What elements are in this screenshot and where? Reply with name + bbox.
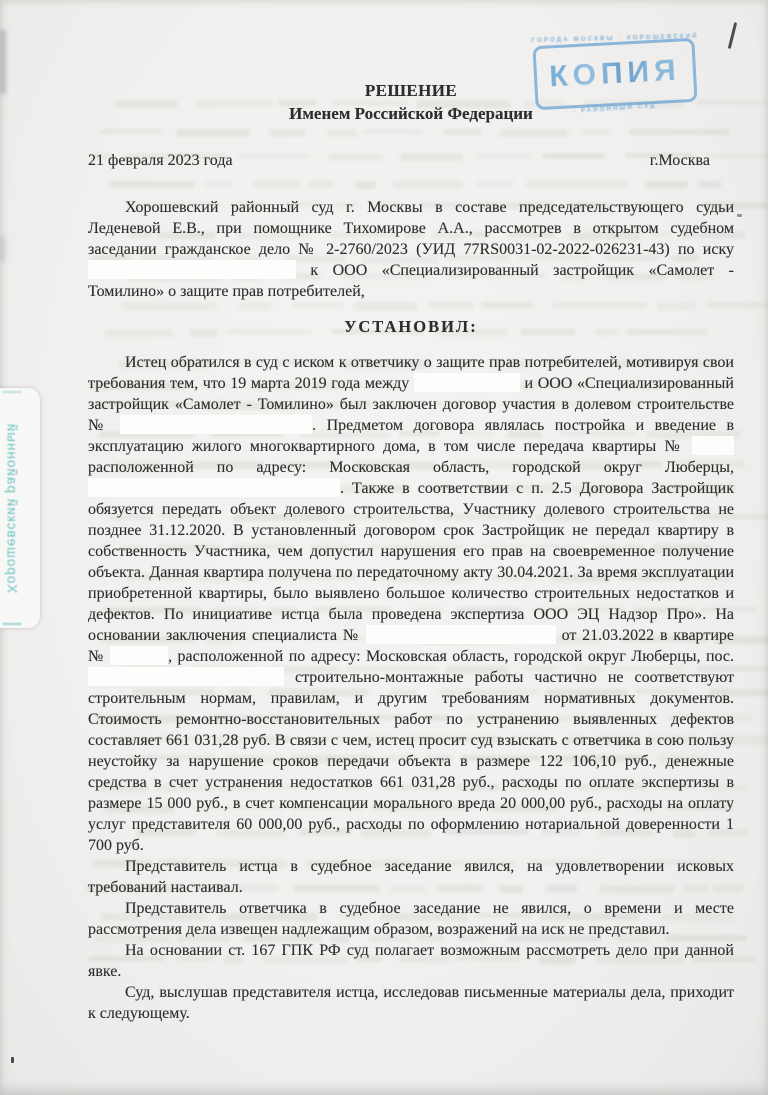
document-body: Истец обратился в суд с иском к ответчик…	[88, 352, 734, 1024]
paragraph: Представитель истца в судебное заседание…	[88, 856, 734, 898]
redaction-box	[88, 667, 284, 686]
side-sticker: Хорошевский районный	[0, 388, 40, 628]
scan-smudge	[0, 30, 6, 94]
paragraph: Суд, выслушав представителя истца, иссле…	[88, 982, 734, 1024]
side-sticker-text: Хорошевский районный	[3, 391, 22, 625]
redaction-box	[110, 646, 168, 665]
date-row: 21 февраля 2023 года г.Москва	[88, 150, 734, 171]
scan-speck	[11, 1057, 14, 1063]
redaction-box	[414, 373, 520, 392]
paragraph: На основании ст. 167 ГПК РФ суд полагает…	[88, 940, 734, 982]
intro-paragraph: Хорошевский районный суд г. Москвы в сос…	[88, 197, 734, 302]
paragraph: Истец обратился в суд с иском к ответчик…	[88, 352, 734, 856]
redaction-box	[692, 436, 734, 455]
redaction-box	[88, 478, 340, 497]
redaction-box	[88, 260, 296, 279]
redaction-box	[366, 625, 556, 644]
paragraph: Представитель ответчика в судебное засед…	[88, 898, 734, 940]
scan-smudge	[0, 236, 5, 262]
document-content: РЕШЕНИЕ Именем Российской Федерации 21 ф…	[88, 0, 734, 1024]
document-date: 21 февраля 2023 года	[88, 150, 233, 171]
redaction-box	[120, 415, 312, 434]
scan-speck	[737, 214, 742, 217]
copy-stamp: ГОРОДА МОСКВЫ · ХОРОШЕВСКИЙ КОПИЯ · РАЙО…	[532, 38, 697, 110]
scanned-court-decision-page: ГОРОДА МОСКВЫ · ХОРОШЕВСКИЙ КОПИЯ · РАЙО…	[0, 0, 768, 1095]
section-heading: УСТАНОВИЛ:	[88, 316, 734, 337]
document-city: г.Москва	[650, 150, 710, 171]
copy-stamp-label: КОПИЯ	[549, 54, 682, 95]
